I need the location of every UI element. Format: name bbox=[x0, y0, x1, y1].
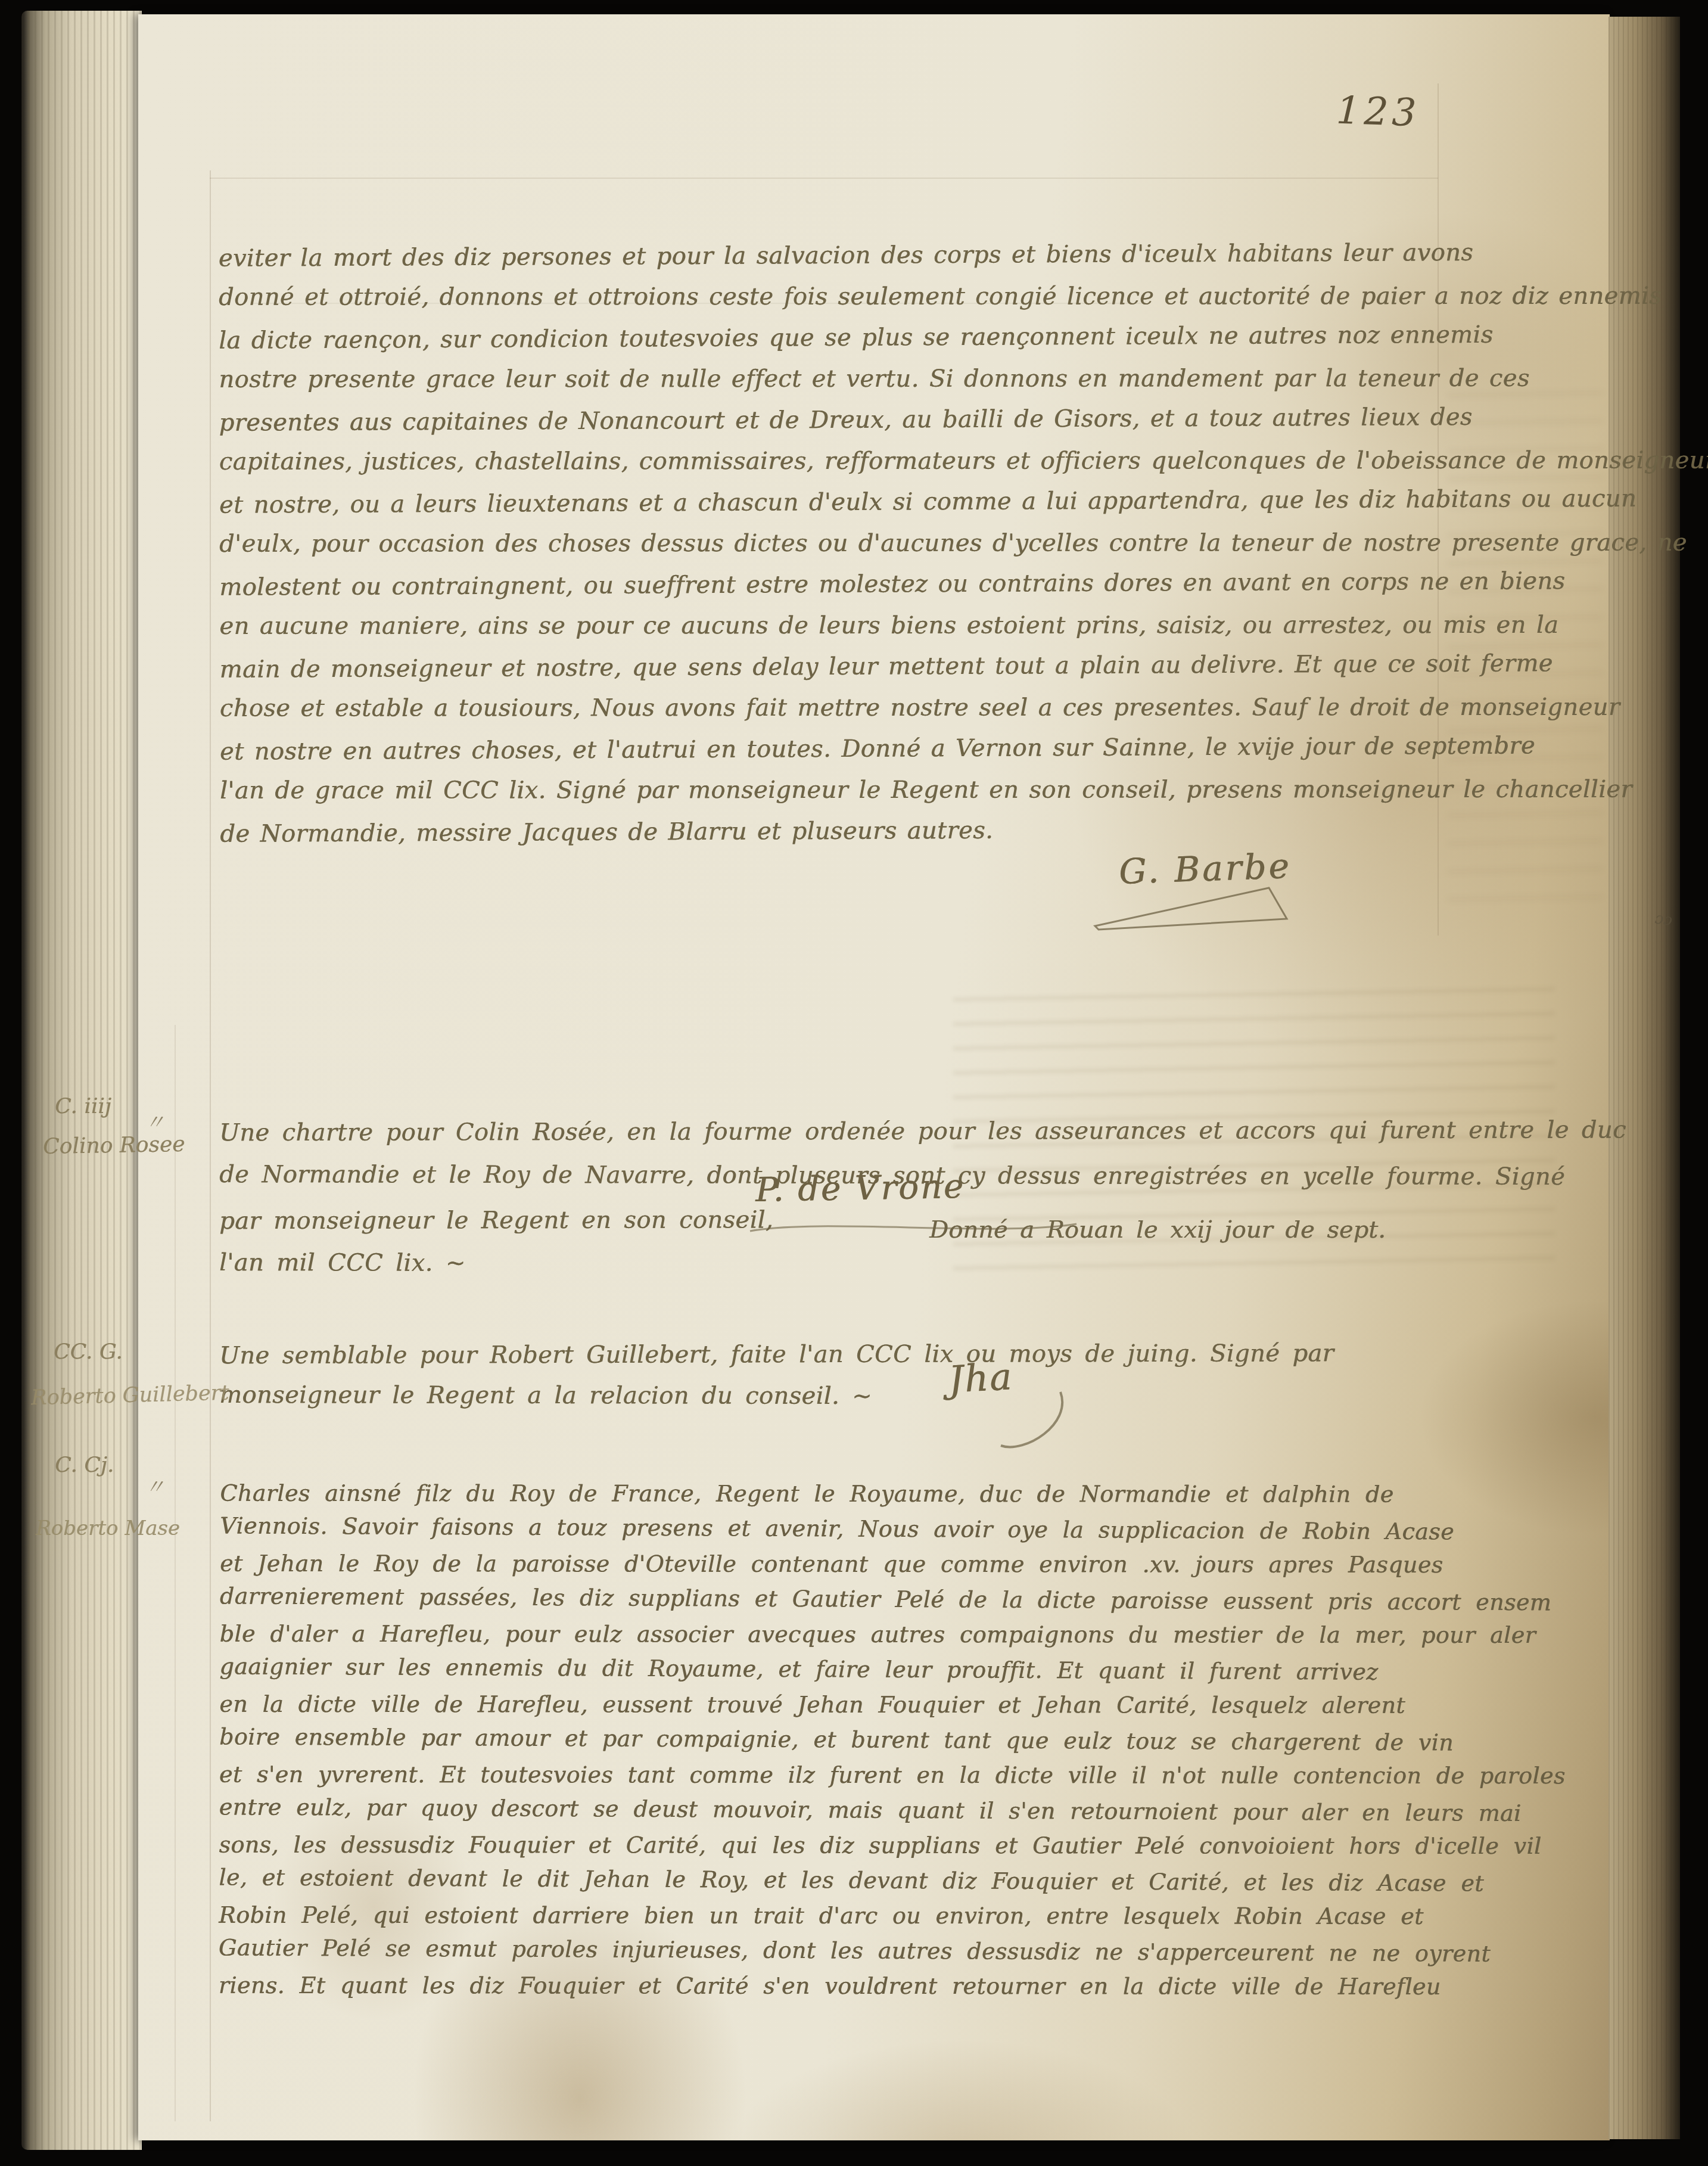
manuscript-text-line: et nostre en autres choses, et l'autrui … bbox=[220, 726, 1451, 773]
manuscript-text-line: eviter la mort des diz persones et pour … bbox=[219, 232, 1449, 279]
manuscript-text-line: molestent ou contraingnent, ou sueffrent… bbox=[219, 561, 1450, 608]
manuscript-text-line: chose et estable a tousiours, Nous avons… bbox=[220, 687, 1451, 729]
manuscript-text-line: gaaignier sur les ennemis du dit Royaume… bbox=[219, 1649, 1583, 1690]
top-rule-line bbox=[210, 178, 1438, 179]
act-2-clerk-signature: P. de Vrone bbox=[755, 1167, 965, 1210]
ditto-mark-act4: 〃 bbox=[145, 1471, 165, 1500]
ditto-mark-act2: 〃 bbox=[145, 1106, 165, 1135]
folio-number: 123 bbox=[1336, 92, 1420, 133]
act-2-date-note: Donné a Rouan le xxij jour de sept. bbox=[929, 1216, 1585, 1244]
manuscript-text-line: Robin Pelé, qui estoient darriere bien u… bbox=[219, 1898, 1583, 1934]
manuscript-text-line: sons, les dessusdiz Fouquier et Carité, … bbox=[219, 1828, 1583, 1864]
margin-ref-act3: CC. G. bbox=[54, 1340, 123, 1364]
inner-margin-rule-line bbox=[175, 1025, 176, 2121]
margin-name-act2: Colino Rosee bbox=[43, 1132, 185, 1159]
manuscript-photo: { "page": { "folio_number": "123", "acts… bbox=[0, 0, 1708, 2166]
act-3-text-block: Une semblable pour Robert Guillebert, fa… bbox=[219, 1334, 1500, 1417]
manuscript-text-line: entre eulz, par quoy descort se deust mo… bbox=[219, 1789, 1583, 1831]
manuscript-text-line: darrenierement passées, les diz supplian… bbox=[220, 1578, 1584, 1620]
manuscript-text-line: monseigneur le Regent a la relacion du c… bbox=[219, 1374, 1500, 1418]
act-4-text-block: Charles ainsné filz du Roy de France, Re… bbox=[219, 1474, 1585, 2006]
edge-collation-mark: ɔɔ bbox=[1654, 909, 1673, 930]
manuscript-text-line: presentes aus capitaines de Nonancourt e… bbox=[219, 397, 1449, 444]
book-page-stack-left-edge bbox=[21, 11, 142, 2150]
manuscript-text-line: et nostre, ou a leurs lieuxtenans et a c… bbox=[219, 479, 1450, 526]
margin-name-act4: Roberto Mase bbox=[36, 1516, 180, 1540]
manuscript-text-line: Gautier Pelé se esmut paroles injurieuse… bbox=[219, 1930, 1583, 1972]
manuscript-text-line: ble d'aler a Harefleu, pour eulz associe… bbox=[220, 1617, 1584, 1653]
act-3-signature-paraph bbox=[953, 1388, 1084, 1460]
manuscript-text-line: le, et estoient devant le dit Jehan le R… bbox=[219, 1860, 1583, 1901]
manuscript-text-line: et s'en yvrerent. Et toutesvoies tant co… bbox=[219, 1757, 1583, 1794]
manuscript-text-line: capitaines, justices, chastellains, comm… bbox=[219, 440, 1450, 483]
act-1-signature-paraph bbox=[1090, 880, 1340, 933]
manuscript-text-line: Une semblable pour Robert Guillebert, fa… bbox=[219, 1332, 1500, 1377]
left-margin-rule-line bbox=[210, 170, 211, 2121]
manuscript-text-line: l'an de grace mil CCC lix. Signé par mon… bbox=[220, 769, 1451, 812]
manuscript-text-line: d'eulx, pour occasion des choses dessus … bbox=[219, 523, 1450, 565]
manuscript-text-line: en aucune maniere, ains se pour ce aucun… bbox=[219, 605, 1450, 647]
book-page-stack-right-edge bbox=[1609, 17, 1680, 2139]
manuscript-text-line: main de monseigneur et nostre, que sens … bbox=[219, 644, 1450, 691]
manuscript-text-line: Charles ainsné filz du Roy de France, Re… bbox=[220, 1476, 1584, 1512]
manuscript-text-line: Une chartre pour Colin Rosée, en la four… bbox=[219, 1108, 1524, 1155]
manuscript-text-line: boire ensemble par amour et par compaign… bbox=[219, 1719, 1583, 1761]
manuscript-text-line: nostre presente grace leur soit de nulle… bbox=[219, 358, 1449, 400]
margin-ref-act2: C. iiij bbox=[55, 1094, 111, 1118]
manuscript-text-line: la dicte raençon, sur condicion toutesvo… bbox=[219, 315, 1449, 362]
manuscript-text-line: et Jehan le Roy de la paroisse d'Otevill… bbox=[220, 1546, 1584, 1583]
act-1-text-block: eviter la mort des diz persones et pour … bbox=[219, 234, 1451, 853]
manuscript-text-line: riens. Et quant les diz Fouquier et Cari… bbox=[219, 1968, 1583, 2005]
manuscript-text-line: l'an mil CCC lix. ~ bbox=[219, 1241, 1524, 1287]
margin-ref-act4: C. Cj. bbox=[55, 1453, 114, 1477]
manuscript-text-line: Viennois. Savoir faisons a touz presens … bbox=[220, 1508, 1584, 1550]
manuscript-text-line: en la dicte ville de Harefleu, eussent t… bbox=[219, 1687, 1583, 1723]
manuscript-text-line: donné et ottroié, donnons et ottroions c… bbox=[219, 276, 1449, 318]
